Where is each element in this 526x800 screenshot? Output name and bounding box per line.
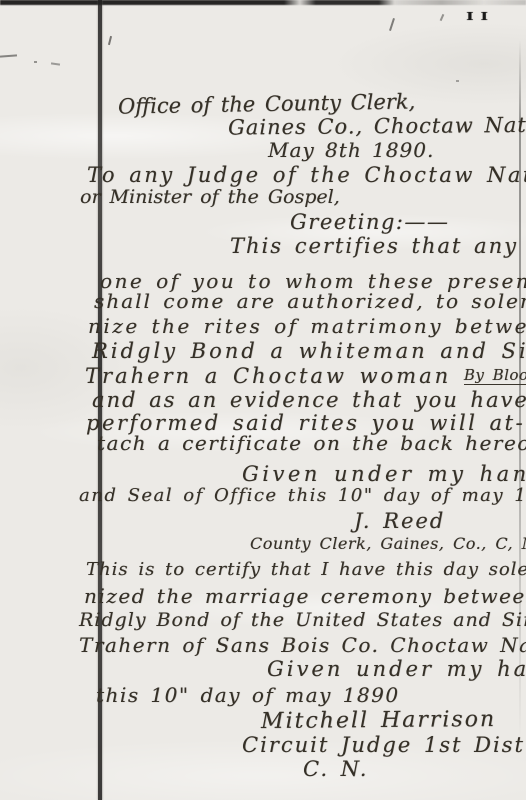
line-body-9: tach a certificate on the back hereof. bbox=[97, 431, 526, 455]
line-body-7: and as an evidence that you have bbox=[92, 388, 526, 412]
line-given-2: Given under my hand bbox=[267, 657, 526, 681]
line-cert2-3: Ridgly Bond of the United States and Sin… bbox=[79, 609, 526, 631]
line-date: May 8th 1890. bbox=[268, 138, 434, 162]
scan-top-edge bbox=[0, 0, 526, 5]
line-given-1: Given under my hand bbox=[242, 462, 526, 486]
stray-mark-tick bbox=[440, 14, 445, 21]
document-scan: II Office of the County Clerk, Gaines Co… bbox=[0, 0, 526, 800]
stray-mark-dash bbox=[0, 54, 17, 57]
line-cert2-1: This is to certify that I have this day … bbox=[86, 559, 526, 580]
stray-mark-dot bbox=[34, 61, 37, 63]
line-date-2: this 10" day of may 1890 bbox=[96, 683, 400, 707]
line-judge-nation: C. N. bbox=[303, 757, 368, 781]
line-greeting: Greeting:—— bbox=[290, 210, 449, 234]
stray-mark-squiggle bbox=[51, 62, 60, 65]
by-blood-underlined: By Blood bbox=[464, 366, 526, 385]
line-seal: and Seal of Office this 10" day of may 1… bbox=[79, 485, 526, 506]
stray-mark-comma bbox=[108, 36, 112, 45]
line-cert2-4: Trahern of Sans Bois Co. Choctaw Nation, bbox=[79, 633, 526, 657]
stray-mark-slash bbox=[389, 18, 395, 31]
signature-clerk-name: J. Reed bbox=[354, 509, 445, 533]
line-county: Gaines Co., Choctaw Nation, bbox=[228, 113, 526, 140]
line-clerk-title: County Clerk, Gaines, Co., C, N. bbox=[250, 534, 526, 553]
signature-judge-name: Mitchell Harrison bbox=[261, 707, 496, 734]
line-body-4: nize the rites of matrimony between bbox=[88, 314, 526, 338]
page-number-mark: II bbox=[466, 11, 495, 23]
line-cert2-2: nized the marriage ceremony between bbox=[84, 584, 526, 608]
line-body-6: Trahern a Choctaw woman By Blood bbox=[85, 364, 526, 388]
stray-mark-speck bbox=[456, 80, 459, 82]
line-addressee-2: or Minister of the Gospel, bbox=[80, 186, 340, 208]
line-addressee-1: To any Judge of the Choctaw Nation bbox=[87, 163, 526, 187]
line-body-5: Ridgly Bond a whiteman and Sina bbox=[92, 339, 526, 363]
line-body-3: shall come are authorized, to solem- bbox=[94, 289, 526, 313]
line-body-6-text: Trahern a Choctaw woman bbox=[85, 364, 464, 388]
line-body-1: This certifies that any bbox=[230, 234, 518, 258]
line-judge-title: Circuit Judge 1st Dist bbox=[242, 733, 525, 757]
